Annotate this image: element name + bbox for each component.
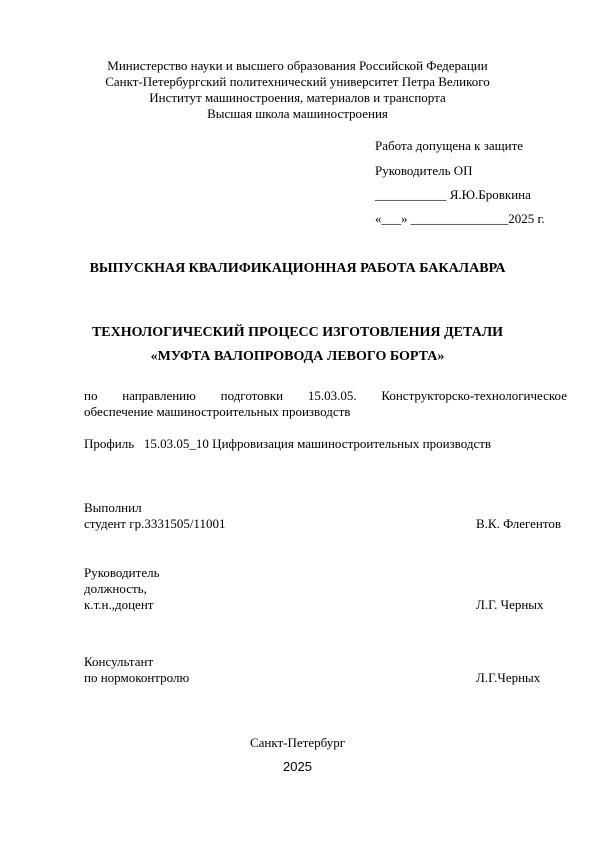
performer-label: Выполнил bbox=[84, 500, 142, 516]
direction-word: 15.03.05. bbox=[308, 388, 357, 404]
direction-line2: обеспечение машиностроительных производс… bbox=[84, 404, 567, 420]
university-line: Санкт-Петербургский политехнический унив… bbox=[0, 74, 595, 90]
supervisor-label: Руководитель bbox=[84, 565, 160, 581]
profile-line: Профиль 15.03.05_10 Цифровизация машинос… bbox=[84, 436, 491, 452]
performer-name: В.К. Флегентов bbox=[476, 516, 561, 532]
consultant-label: Консультант bbox=[84, 654, 153, 670]
direction-line1: по направлению подготовки 15.03.05. Конс… bbox=[84, 388, 567, 404]
direction-paragraph: по направлению подготовки 15.03.05. Конс… bbox=[84, 388, 567, 420]
topic-title-line1: ТЕХНОЛОГИЧЕСКИЙ ПРОЦЕСС ИЗГОТОВЛЕНИЯ ДЕТ… bbox=[0, 325, 595, 341]
ministry-line: Министерство науки и высшего образования… bbox=[0, 58, 595, 74]
institute-line: Институт машиностроения, материалов и тр… bbox=[0, 90, 595, 106]
approval-date-line: «___» _______________2025 г. bbox=[375, 211, 545, 227]
footer-year: 2025 bbox=[0, 759, 595, 774]
approval-admitted: Работа допущена к защите bbox=[375, 138, 523, 154]
performer-group: студент гр.3331505/11001 bbox=[84, 516, 225, 532]
direction-word: Конструкторско-технологическое bbox=[381, 388, 567, 404]
supervisor-name: Л.Г. Черных bbox=[476, 597, 544, 613]
supervisor-degree: к.т.н.,доцент bbox=[84, 597, 153, 613]
consultant-name: Л.Г.Черных bbox=[476, 670, 540, 686]
supervisor-position: должность, bbox=[84, 581, 147, 597]
approval-head-label: Руководитель ОП bbox=[375, 163, 473, 179]
work-type-title: ВЫПУСКНАЯ КВАЛИФИКАЦИОННАЯ РАБОТА БАКАЛА… bbox=[0, 261, 595, 277]
direction-word: подготовки bbox=[221, 388, 283, 404]
direction-word: направлению bbox=[122, 388, 196, 404]
approval-signature-line: ___________ Я.Ю.Бровкина bbox=[375, 187, 531, 203]
school-line: Высшая школа машиностроения bbox=[0, 106, 595, 122]
topic-title-line2: «МУФТА ВАЛОПРОВОДА ЛЕВОГО БОРТА» bbox=[0, 349, 595, 365]
consultant-role: по нормоконтролю bbox=[84, 670, 189, 686]
footer-city: Санкт-Петербург bbox=[0, 735, 595, 751]
direction-word: по bbox=[84, 388, 97, 404]
